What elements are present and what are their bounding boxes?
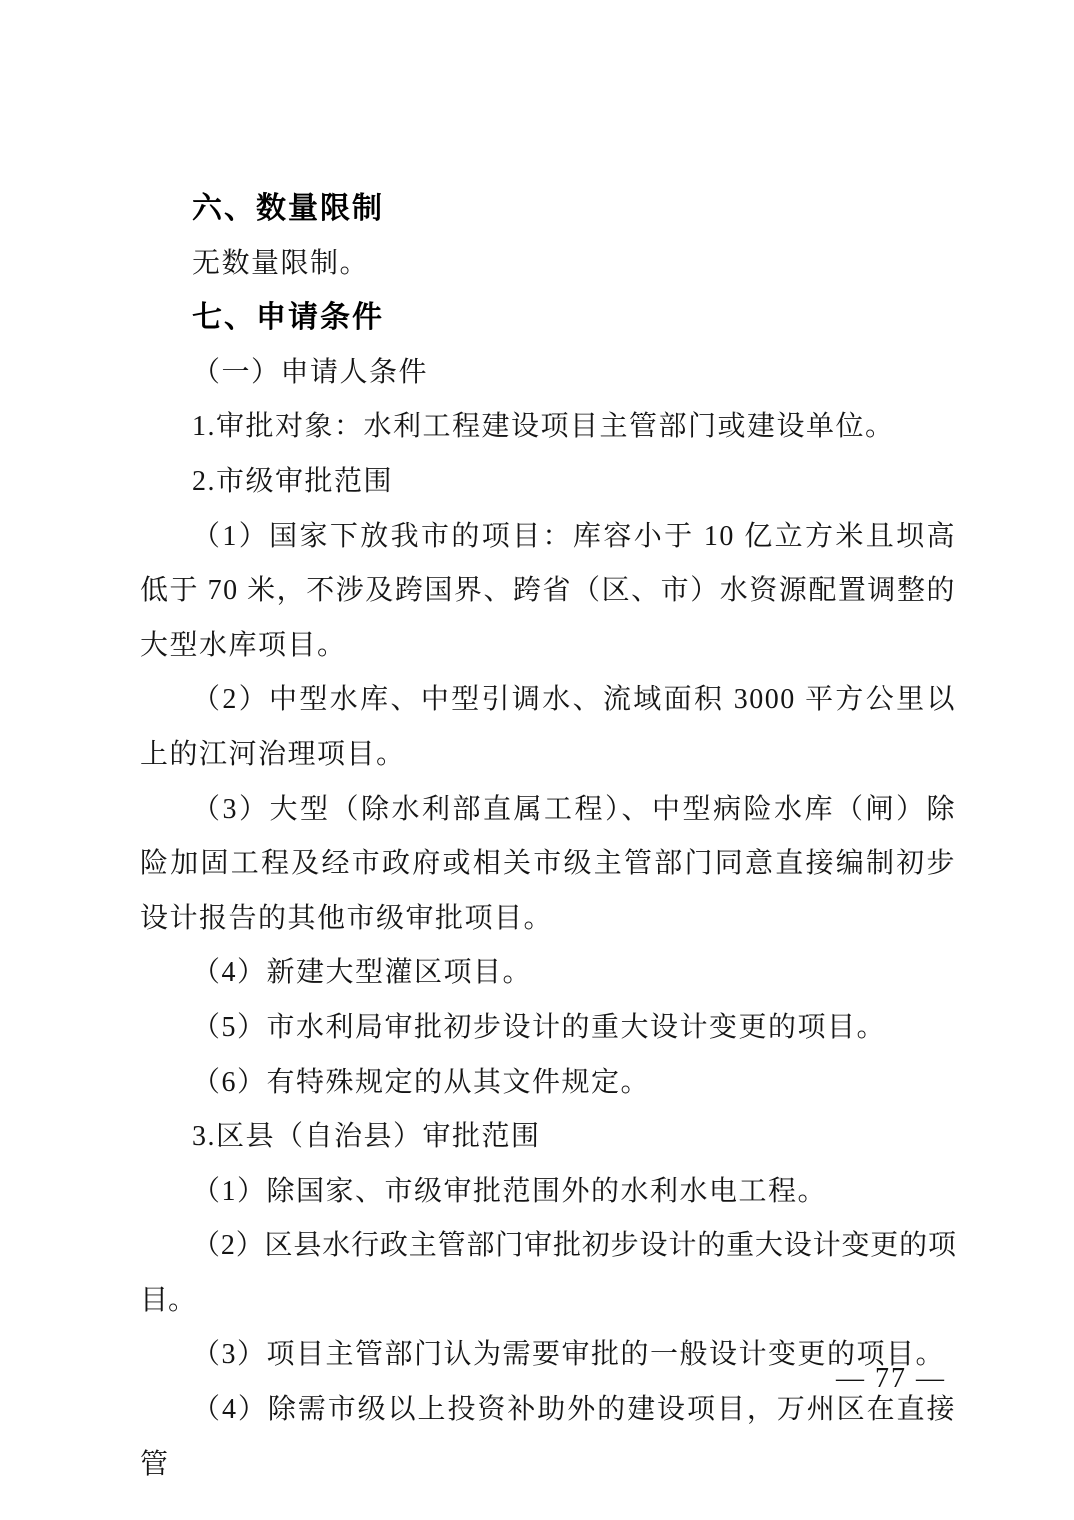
document-page: 六、数量限制 无数量限制。 七、申请条件 （一）申请人条件 1.审批对象：水利工…: [0, 0, 1074, 1520]
document-body: 六、数量限制 无数量限制。 七、申请条件 （一）申请人条件 1.审批对象：水利工…: [140, 182, 956, 1492]
para-city-scope-item-6: （6）有特殊规定的从其文件规定。: [140, 1056, 956, 1111]
section-heading-quantity-limit: 六、数量限制: [140, 182, 956, 237]
para-city-scope-item-1: （1）国家下放我市的项目：库容小于 10 亿立方米且坝高低于 70 米，不涉及跨…: [140, 510, 956, 674]
para-county-scope-item-4: （4）除需市级以上投资补助外的建设项目，万州区在直接管: [140, 1383, 956, 1492]
para-county-approval-scope-subheading: 3.区县（自治县）审批范围: [140, 1110, 956, 1165]
para-city-scope-item-3: （3）大型（除水利部直属工程）、中型病险水库（闸）除险加固工程及经市政府或相关市…: [140, 783, 956, 947]
section-heading-application-conditions: 七、申请条件: [140, 291, 956, 346]
para-city-approval-scope-subheading: 2.市级审批范围: [140, 455, 956, 510]
para-county-scope-item-3: （3）项目主管部门认为需要审批的一般设计变更的项目。: [140, 1328, 956, 1383]
para-city-scope-item-2: （2）中型水库、中型引调水、流域面积 3000 平方公里以上的江河治理项目。: [140, 673, 956, 782]
para-no-quantity-limit: 无数量限制。: [140, 237, 956, 292]
para-county-scope-item-1: （1）除国家、市级审批范围外的水利水电工程。: [140, 1165, 956, 1220]
para-applicant-conditions-subheading: （一）申请人条件: [140, 346, 956, 401]
para-county-scope-item-2: （2）区县水行政主管部门审批初步设计的重大设计变更的项目。: [140, 1219, 956, 1328]
page-number: — 77 —: [836, 1363, 946, 1395]
para-city-scope-item-5: （5）市水利局审批初步设计的重大设计变更的项目。: [140, 1001, 956, 1056]
para-city-scope-item-4: （4）新建大型灌区项目。: [140, 946, 956, 1001]
para-approval-target: 1.审批对象：水利工程建设项目主管部门或建设单位。: [140, 400, 956, 455]
